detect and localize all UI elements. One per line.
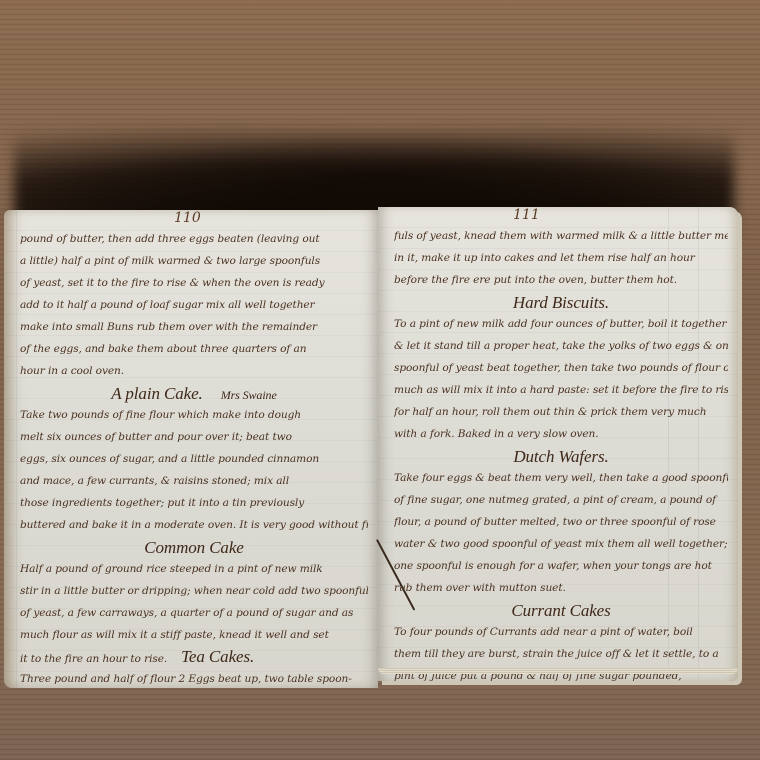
recipe-heading: Currant Cakes xyxy=(394,599,728,621)
recipe-title: A plain Cake. xyxy=(111,384,202,403)
text-line: with a fork. Baked in a very slow oven. xyxy=(394,423,728,445)
text-line: stir in a little butter or dripping; whe… xyxy=(20,580,368,602)
recipe-title: Tea Cakes. xyxy=(181,647,254,666)
text-line: those ingredients together; put it into … xyxy=(20,492,368,514)
text-line: make into small Buns rub them over with … xyxy=(20,316,368,338)
recipe-heading: Hard Biscuits. xyxy=(394,291,728,313)
text-line: a little) half a pint of milk warmed & t… xyxy=(20,250,368,272)
text-line: To a pint of new milk add four ounces of… xyxy=(394,313,728,335)
open-manuscript-book: 110 pound of butter, then add three eggs… xyxy=(4,210,744,688)
page-stack-edges xyxy=(378,668,738,674)
text-line: melt six ounces of butter and pour over … xyxy=(20,426,368,448)
left-page-text: pound of butter, then add three eggs bea… xyxy=(20,228,368,690)
recipe-attribution: Mrs Swaine xyxy=(221,388,277,402)
page-number-right: 111 xyxy=(513,207,540,223)
text-line: water & two good spoonful of yeast mix t… xyxy=(394,533,728,555)
left-page: 110 pound of butter, then add three eggs… xyxy=(4,210,378,688)
text-line: of yeast, a few carraways, a quarter of … xyxy=(20,602,368,624)
right-page: 111 fuls of yeast, knead them with warme… xyxy=(378,207,738,681)
recipe-heading: Dutch Wafers. xyxy=(394,445,728,467)
text-line: add to it half a pound of loaf sugar mix… xyxy=(20,294,368,316)
text-line: for half an hour, roll them out thin & p… xyxy=(394,401,728,423)
recipe-heading: Common Cake xyxy=(20,536,368,558)
text-line: one spoonful is enough for a wafer, when… xyxy=(394,555,728,577)
line-text: it to the fire an hour to rise. xyxy=(20,653,167,665)
text-line: them till they are burst, strain the jui… xyxy=(394,643,728,665)
recipe-heading: A plain Cake.Mrs Swaine xyxy=(20,382,368,404)
right-page-text: fuls of yeast, knead them with warmed mi… xyxy=(394,225,728,687)
recipe-title: Currant Cakes xyxy=(511,601,610,620)
text-line: Half a pound of ground rice steeped in a… xyxy=(20,558,368,580)
text-line: of fine sugar, one nutmeg grated, a pint… xyxy=(394,489,728,511)
text-line: before the fire ere put into the oven, b… xyxy=(394,269,728,291)
recipe-title: Hard Biscuits. xyxy=(513,293,609,312)
text-line: much flour as will mix it a stiff paste,… xyxy=(20,624,368,646)
text-line: flour, a pound of butter melted, two or … xyxy=(394,511,728,533)
text-line: much as will mix it into a hard paste: s… xyxy=(394,379,728,401)
text-line: buttered and bake it in a moderate oven.… xyxy=(20,514,368,536)
text-line: pound of butter, then add three eggs bea… xyxy=(20,228,368,250)
text-line: Take two pounds of fine flour which make… xyxy=(20,404,368,426)
text-line: & let it stand till a proper heat, take … xyxy=(394,335,728,357)
text-line: Three pound and half of flour 2 Eggs bea… xyxy=(20,668,368,690)
text-line: of yeast, set it to the fire to rise & w… xyxy=(20,272,368,294)
recipe-title: Common Cake xyxy=(144,538,243,557)
text-line: eggs, six ounces of sugar, and a little … xyxy=(20,448,368,470)
text-line: Take four eggs & beat them very well, th… xyxy=(394,467,728,489)
text-line: hour in a cool oven. xyxy=(20,360,368,382)
text-line: To four pounds of Currants add near a pi… xyxy=(394,621,728,643)
margin-rule xyxy=(16,210,17,688)
recipe-title: Dutch Wafers. xyxy=(513,447,608,466)
text-line: spoonful of yeast beat together, then ta… xyxy=(394,357,728,379)
text-line: of the eggs, and bake them about three q… xyxy=(20,338,368,360)
text-line: it to the fire an hour to rise.Tea Cakes… xyxy=(20,646,368,668)
text-line: fuls of yeast, knead them with warmed mi… xyxy=(394,225,728,247)
page-number-left: 110 xyxy=(174,210,201,226)
text-line: and mace, a few currants, & raisins ston… xyxy=(20,470,368,492)
text-line: in it, make it up into cakes and let the… xyxy=(394,247,728,269)
text-line: rub them over with mutton suet. xyxy=(394,577,728,599)
